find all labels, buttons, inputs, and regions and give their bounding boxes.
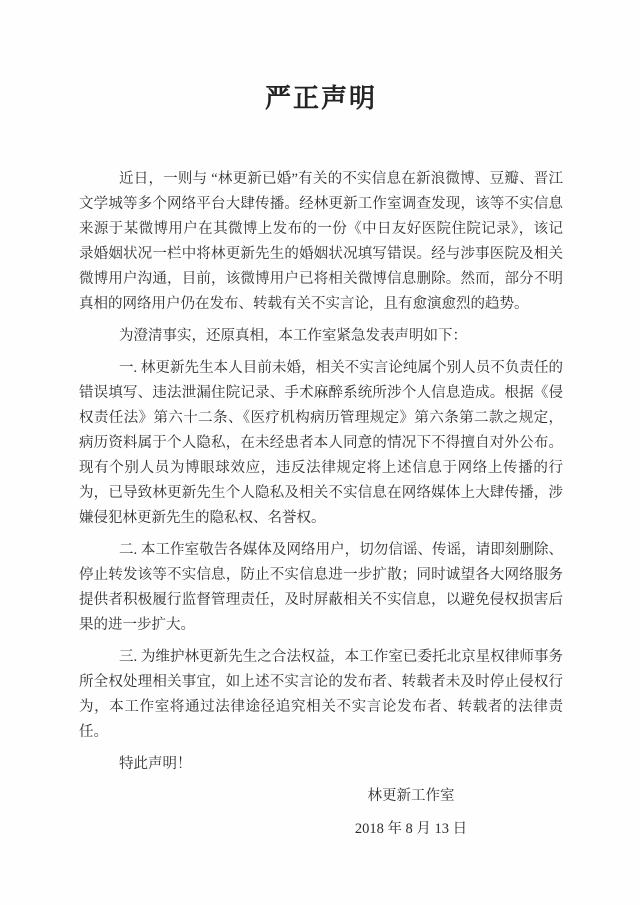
document-title: 严正声明: [79, 84, 563, 114]
closing-line: 特此声明！: [79, 752, 563, 777]
signature-block: 林更新工作室 2018 年 8 月 13 日: [301, 784, 521, 842]
signature-name: 林更新工作室: [301, 784, 521, 809]
statement-document: 严正声明 近日，一则与 “林更新已婚”有关的不实信息在新浪微博、豆瓣、晋江文学城…: [0, 0, 640, 905]
statement-point-3: 三. 为维护林更新先生之合法权益，本工作室已委托北京星权律师事务所全权处理相关事…: [79, 645, 563, 745]
lead-in-paragraph: 为澄清事实，还原真相，本工作室紧急发表声明如下：: [79, 324, 563, 349]
intro-paragraph: 近日，一则与 “林更新已婚”有关的不实信息在新浪微博、豆瓣、晋江文学城等多个网络…: [79, 167, 563, 317]
statement-point-1: 一. 林更新先生本人目前未婚，相关不实言论纯属个别人员不负责任的错误填写、违法泄…: [79, 356, 563, 531]
statement-point-2: 二. 本工作室敬告各媒体及网络用户，切勿信谣、传谣，请即刻删除、停止转发该等不实…: [79, 538, 563, 638]
signature-date: 2018 年 8 月 13 日: [301, 817, 521, 842]
